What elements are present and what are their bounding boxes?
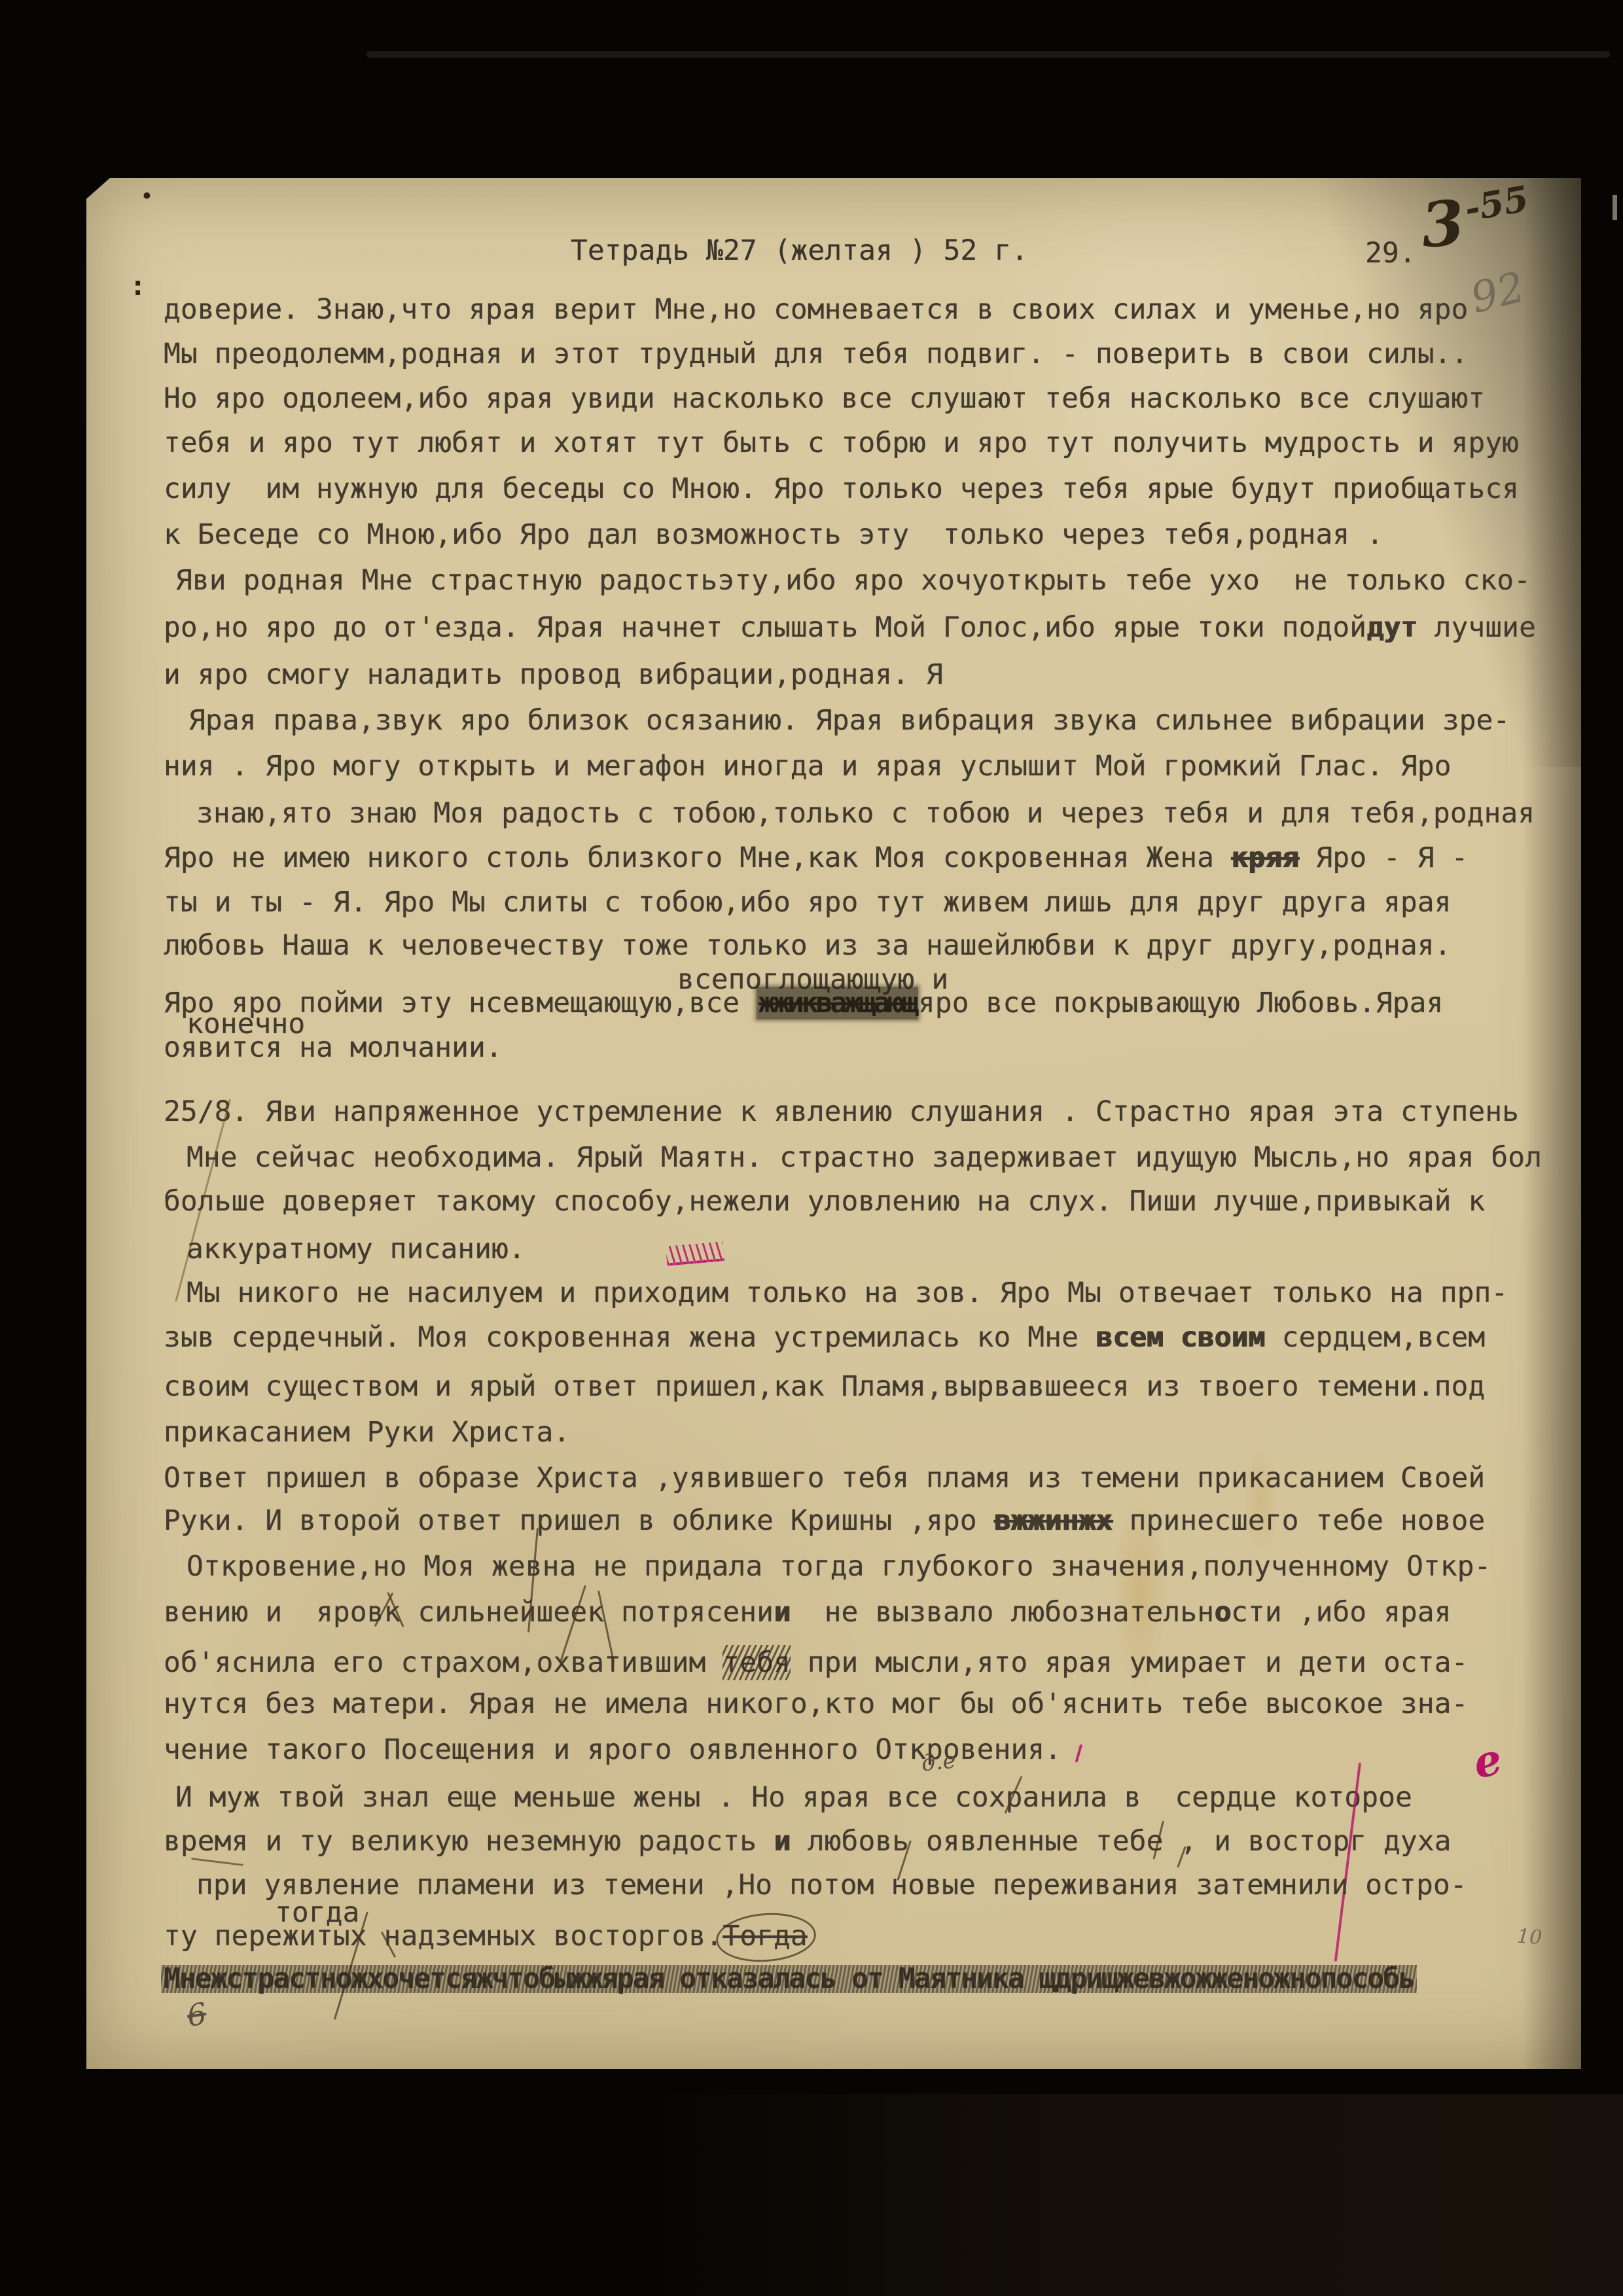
- typed-segment: доверие. Знаю,что ярая верит Мне,но сомн…: [164, 293, 1468, 326]
- typed-line: Мы никого не насилуем и приходим только …: [187, 1279, 1508, 1307]
- typed-segment-ot: о: [1214, 1596, 1231, 1629]
- typed-line-obliterated: Мнежстрастножхочетсяжчтобыжжярая отказал…: [164, 1965, 1414, 1993]
- typed-segment-ot: дут: [1366, 611, 1418, 644]
- typed-line: ро,но яро до от'езда. Ярая начнет слышат…: [164, 614, 1536, 642]
- typed-line: об'яснила его страхом,охватившим тебя пр…: [164, 1649, 1468, 1677]
- typed-segment: Откровение,но Моя: [187, 1550, 491, 1583]
- ink-dot-mark: •: [141, 187, 152, 205]
- typed-line: Яро не имею никого столь близкого Мне,ка…: [164, 844, 1468, 872]
- typed-segment: своим существом и ярый ответ пришел,как …: [164, 1370, 1485, 1403]
- typed-segment: Мне сейчас необходима. Ярый Маятн. страс…: [187, 1141, 1542, 1174]
- typed-segment-pen-u: время: [164, 1825, 248, 1858]
- typed-segment: любовь Наша к человечеству тоже только и…: [164, 929, 1452, 962]
- handwritten-ink-number-55: -55: [1462, 181, 1531, 226]
- typed-segment: И муж твой знал еще меньше жены . Но яра…: [175, 1781, 955, 1814]
- typed-segment: сильнейшее: [401, 1596, 587, 1629]
- typed-line: нутся без матери. Ярая не имела никого,к…: [164, 1690, 1468, 1718]
- typed-segment: [791, 1825, 808, 1858]
- typed-segment: вению и яров: [164, 1596, 384, 1629]
- typed-segment: не вызвало любознательн: [791, 1596, 1214, 1629]
- typed-line: вению и яровк сильнейшеек потрясении не …: [164, 1598, 1452, 1627]
- typed-line: при уявление пламени из темени ,Но потом…: [196, 1871, 1467, 1899]
- typed-segment: [526, 1233, 661, 1265]
- typed-line: аккуратному писанию.: [187, 1235, 724, 1263]
- typed-segment: , и восторг духа: [1163, 1825, 1451, 1858]
- typed-segment: принесшего тебе новое: [1113, 1504, 1486, 1537]
- typed-segment: к Беседе со Мною,ибо Яро дал возможность…: [164, 518, 1383, 551]
- typed-segment: об'яснила его страхом,охватившим: [164, 1646, 722, 1679]
- typed-segment-ot: и: [774, 1825, 791, 1858]
- typed-segment-pen-big: пережитых: [215, 1920, 367, 1952]
- typed-line: Откровение,но Моя жевна не придала тогда…: [187, 1553, 1491, 1581]
- typed-segment: Яви родная Мне страстную радостьэту,ибо …: [175, 564, 1531, 597]
- typed-line: время и ту великую неземную радость и лю…: [164, 1828, 1452, 1856]
- typed-segment: Мы преодолемм,родная и этот трудный для …: [164, 338, 1468, 370]
- handwritten-pencil-number-92: 92: [1467, 266, 1529, 320]
- typed-segment: Ярая права,звук яро близок осязанию. Яра…: [188, 704, 1510, 737]
- typed-segment-ot: и: [774, 1596, 791, 1629]
- typed-line: больше доверяет такому способу,нежели ул…: [164, 1188, 1485, 1216]
- typed-text-layer: доверие. Знаю,что ярая верит Мне,но сомн…: [0, 0, 1623, 2296]
- typed-line: любовь Наша к человечеству тоже только и…: [164, 932, 1452, 960]
- typed-line: И муж твой знал еще меньше жены . Но яра…: [175, 1784, 1412, 1812]
- typed-line: прикасанием Руки Христа.: [164, 1419, 570, 1447]
- typed-line: 25/8. Яви напряженное устремление к явле…: [164, 1098, 1519, 1126]
- typed-segment-circled: Тогда: [722, 1920, 807, 1952]
- typed-segment-pen-v: жевна: [491, 1550, 576, 1583]
- typed-segment: и ту великую неземную радость: [248, 1825, 774, 1858]
- typed-segment-pen-x1: к: [384, 1596, 401, 1629]
- handwritten-ink-number-3: 3: [1419, 192, 1467, 256]
- typed-segment: Яро - Я -: [1299, 841, 1469, 874]
- typed-segment: Яви напряженное устремление к явлению сл…: [248, 1095, 1519, 1128]
- typed-segment: и яро смогу наладить провод вибрации,род…: [164, 658, 943, 691]
- typed-line: и яро смогу наладить провод вибрации,род…: [164, 661, 943, 689]
- typed-line: Мы преодолемм,родная и этот трудный для …: [164, 340, 1468, 368]
- typed-line: оявится на молчании.: [164, 1034, 503, 1062]
- typed-line: Ярая права,звук яро близок осязанию. Яра…: [188, 707, 1510, 735]
- typed-segment: Ответ пришел в образе Христа ,уявившего …: [164, 1462, 1485, 1494]
- typed-segment: тебя и яро тут любят и хотят тут быть с …: [164, 427, 1519, 459]
- typed-segment: потрясени: [604, 1596, 774, 1629]
- typed-segment: яро все покрывающую Любовь.Ярая: [918, 987, 1444, 1019]
- typed-line: доверие. Знаю,что ярая верит Мне,но сомн…: [164, 296, 1468, 324]
- typed-segment: ты и ты - Я. Яро Мы слиты с тобою,ибо яр…: [164, 886, 1452, 919]
- typed-line: силу им нужную для беседы со Мною. Яро т…: [164, 475, 1519, 503]
- typed-line: Но яро одолеем,ибо ярая увиди насколько …: [164, 385, 1485, 413]
- typed-segment-xx: вжжинжх: [994, 1504, 1113, 1537]
- handwritten-pencil-note: д.е: [920, 1749, 957, 1775]
- typed-segment: силу им нужную для беседы со Мною. Яро т…: [164, 472, 1519, 505]
- typed-segment: сти ,ибо ярая: [1231, 1596, 1452, 1629]
- typed-segment-pink-squiggle: [666, 1241, 724, 1266]
- typed-segment: ро,но яро до от'езда. Ярая начнет слышат…: [164, 611, 1366, 644]
- typed-segment: в сердце: [1107, 1781, 1294, 1814]
- typed-line: ты и ты - Я. Яро Мы слиты с тобою,ибо яр…: [164, 889, 1452, 917]
- typed-segment: лучшие: [1418, 611, 1536, 644]
- typed-line: тебя и яро тут любят и хотят тут быть с …: [164, 429, 1519, 457]
- typed-line: зыв сердечный. Моя сокровенная жена устр…: [164, 1324, 1485, 1352]
- typed-segment: прикасанием Руки Христа.: [164, 1416, 570, 1449]
- typed-segment-pink-cross: которое: [1294, 1781, 1412, 1814]
- typed-segment: Но яро одолеем,ибо ярая увиди насколько …: [164, 382, 1485, 415]
- handwritten-pencil-mark-6: 6: [185, 1998, 208, 2031]
- typed-segment-pen-tebe: тебе: [1096, 1825, 1164, 1858]
- typed-line: Яви родная Мне страстную радостьэту,ибо …: [175, 567, 1531, 595]
- typed-segment: Яро не имею никого столь близкого Мне,ка…: [164, 841, 1231, 874]
- typed-segment-blob: жжикважщающ: [757, 987, 918, 1019]
- typed-segment: Руки. И второй ответ пришел в облике Кри…: [164, 1504, 994, 1537]
- typed-segment: ния . Яро могу открыть и мегафон иногда …: [164, 750, 1452, 783]
- typed-line: Яро яро пойми эту нсевмещающую,все жжикв…: [164, 989, 1443, 1017]
- typed-segment: ту: [164, 1920, 215, 1952]
- typed-segment-pen-love: любовь: [808, 1825, 909, 1858]
- typed-line: к Беседе со Мною,ибо Яро дал возможность…: [164, 521, 1383, 549]
- typed-segment: не придала тогда глубокого значения,полу…: [576, 1550, 1491, 1583]
- typed-segment: оявленные: [909, 1825, 1096, 1858]
- scanned-photo: Тетрадь №27 (желтая ) 52 г. 29. доверие.…: [0, 0, 1623, 2296]
- typed-segment: аккуратному писанию.: [187, 1233, 526, 1265]
- typed-segment: знаю,ято знаю Моя радость с тобою,только…: [196, 797, 1535, 830]
- typed-segment: сердцем,всем: [1265, 1321, 1486, 1354]
- typed-segment-slashed: тебя: [722, 1646, 791, 1679]
- typed-segment: при уявление пламени из темени ,Но потом…: [196, 1869, 1467, 1901]
- typed-segment: Мы никого не насилуем и приходим только …: [187, 1277, 1508, 1309]
- typed-segment-xx: кряя: [1231, 841, 1299, 874]
- typed-segment-pen-25: 25/8.: [164, 1095, 248, 1128]
- ink-colon-mark: :: [130, 272, 146, 300]
- typed-segment: надземных восторгов.: [367, 1920, 723, 1952]
- typed-segment: Мнежстрастножхочетсяжчтобыжжярая отказал…: [164, 1962, 1414, 1995]
- typed-segment-ot: всем своим: [1096, 1321, 1265, 1354]
- typed-segment: больше доверяет такому способу,нежели ул…: [164, 1185, 1485, 1218]
- typed-segment: зыв сердечный. Моя сокровенная жена устр…: [164, 1321, 1096, 1354]
- typed-segment: оявится на молчании.: [164, 1031, 503, 1064]
- typed-line: Мне сейчас необходима. Ярый Маятн. страс…: [187, 1144, 1542, 1172]
- typed-line: своим существом и ярый ответ пришел,как …: [164, 1373, 1485, 1401]
- handwritten-pencil-number-10: 10: [1516, 1927, 1543, 1949]
- typed-segment: нутся без матери. Ярая не имела никого,к…: [164, 1687, 1468, 1720]
- typed-line: ния . Яро могу открыть и мегафон иногда …: [164, 752, 1452, 781]
- typed-segment-pen-x2: к: [587, 1596, 604, 1629]
- handwritten-pink-letter-e: е: [1470, 1737, 1506, 1784]
- typed-line: ту пережитых надземных восторгов.Тогда: [164, 1922, 808, 1951]
- typed-line: знаю,ято знаю Моя радость с тобою,только…: [196, 800, 1535, 828]
- typed-line: Руки. И второй ответ пришел в облике Кри…: [164, 1507, 1485, 1535]
- typed-line: Ответ пришел в образе Христа ,уявившего …: [164, 1464, 1485, 1492]
- typed-segment: при мысли,ято ярая умирает и дети оста-: [791, 1646, 1469, 1679]
- typed-segment-pen-s: сохранила: [955, 1781, 1107, 1814]
